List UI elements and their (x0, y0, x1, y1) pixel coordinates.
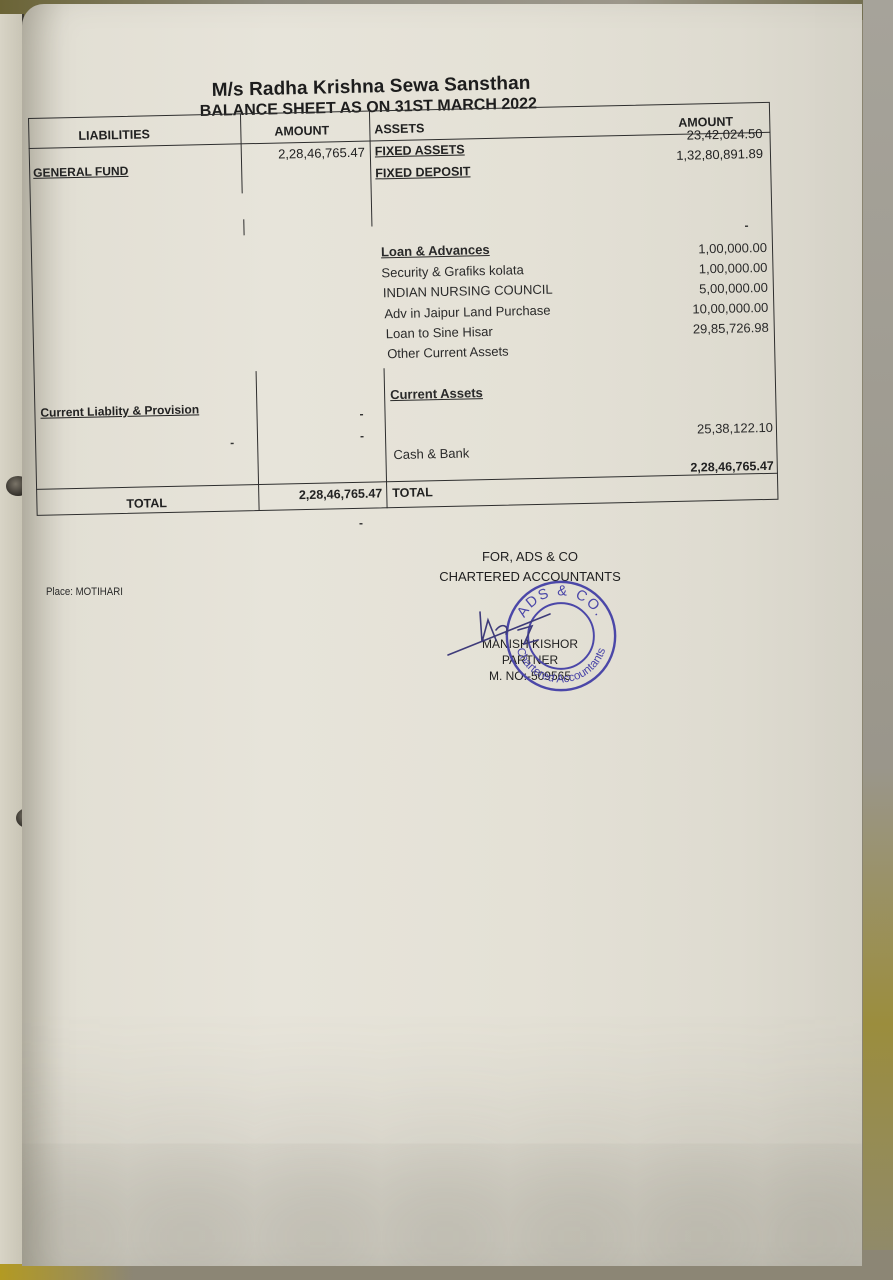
asset-fixed-assets-amount: 23,42,024.50 (628, 126, 762, 144)
asset-loan-item: Other Current Assets (387, 344, 509, 362)
asset-current-assets-heading: Current Assets (390, 385, 483, 402)
stray-mark: - (359, 516, 363, 530)
balance-sheet-table: LIABILITIES AMOUNT ASSETS AMOUNT GENERAL… (28, 102, 779, 516)
asset-fixed-deposit: FIXED DEPOSIT (375, 164, 470, 180)
asset-loan-advances-heading: Loan & Advances (381, 242, 490, 259)
assets-total-label: TOTAL (392, 485, 433, 500)
asset-loan-item: Security & Grafiks kolata (381, 262, 524, 280)
liabilities-total-amount: 2,28,46,765.47 (258, 486, 382, 503)
liability-general-fund-amount: 2,28,46,765.47 (243, 145, 365, 163)
header-liabilities: LIABILITIES (78, 127, 150, 143)
photo-background-right (863, 0, 893, 1280)
asset-loan-item-amount: 29,85,726.98 (633, 320, 769, 338)
asset-loan-item-amount: 1,00,000.00 (631, 260, 767, 278)
asset-cash-bank: Cash & Bank (393, 445, 469, 462)
asset-fixed-assets: FIXED ASSETS (375, 142, 465, 158)
place-label: Place: MOTIHARI (46, 586, 123, 598)
liability-general-fund: GENERAL FUND (33, 164, 128, 180)
asset-loan-advances-amount: - (744, 218, 748, 232)
asset-loan-item-amount: 5,00,000.00 (632, 280, 768, 298)
header-assets: ASSETS (374, 121, 424, 136)
asset-loan-item-amount: 10,00,000.00 (632, 300, 768, 318)
liability-placeholder: - (230, 436, 234, 450)
liability-current-provision-amount: - (359, 407, 363, 421)
signature-scribble-icon (440, 600, 570, 660)
asset-loan-item: Loan to Sine Hisar (386, 324, 493, 341)
liability-placeholder: - (360, 429, 364, 443)
asset-fixed-deposit-amount: 1,32,80,891.89 (629, 146, 763, 164)
header-liabilities-amount: AMOUNT (274, 123, 329, 138)
asset-cash-bank-amount: 25,38,122.10 (635, 420, 773, 438)
binder-edge (0, 14, 24, 1264)
firm-name: FOR, ADS & CO (420, 548, 640, 566)
asset-loan-item-amount: 1,00,000.00 (631, 240, 767, 258)
liabilities-total-label: TOTAL (126, 496, 167, 511)
